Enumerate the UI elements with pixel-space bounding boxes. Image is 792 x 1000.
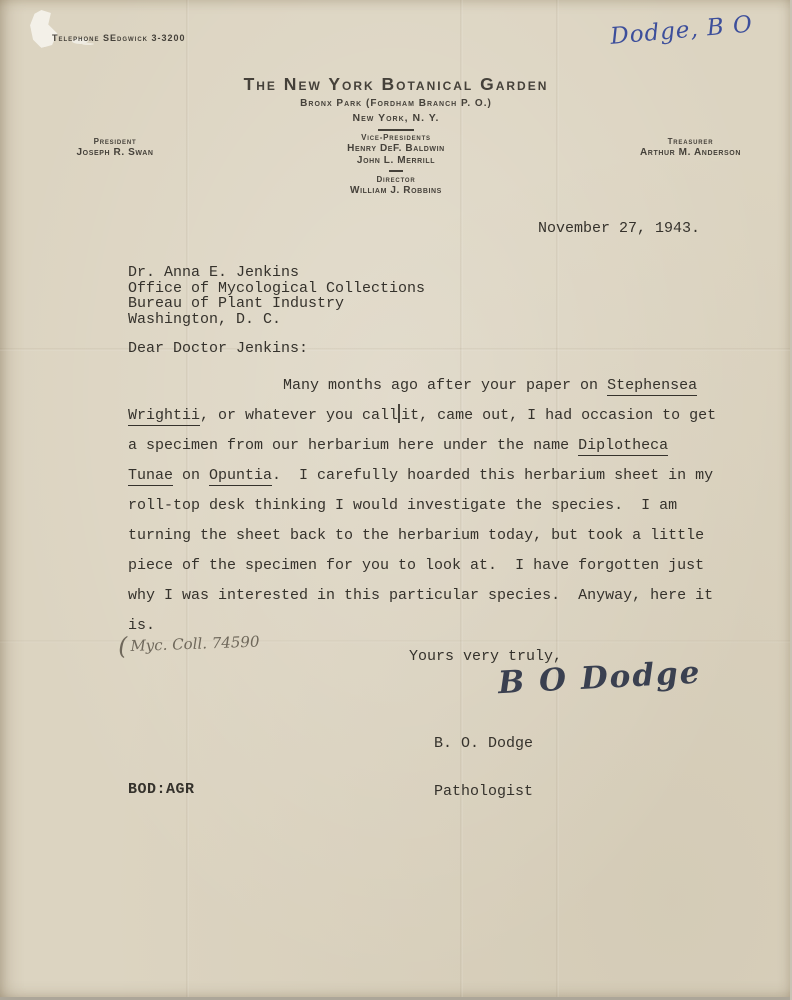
director-name: William J. Robbins bbox=[296, 185, 496, 196]
vice-president-2-name: John L. Merrill bbox=[296, 155, 496, 166]
recipient-line: Dr. Anna E. Jenkins bbox=[128, 265, 425, 281]
pencil-catalog-note: (Myc. Coll. 74590 bbox=[118, 628, 260, 661]
body-line: a specimen from our herbarium here under… bbox=[128, 431, 748, 461]
letterhead-address-line2: New York, N. Y. bbox=[0, 112, 792, 124]
body-line: Many months ago after your paper on Step… bbox=[128, 371, 748, 401]
signer-name: B. O. Dodge bbox=[434, 736, 533, 752]
recipient-line: Washington, D. C. bbox=[128, 312, 425, 328]
body-line: piece of the specimen for you to look at… bbox=[128, 551, 748, 581]
signer-title: Pathologist bbox=[434, 784, 533, 800]
recipient-line: Office of Mycological Collections bbox=[128, 281, 425, 297]
body-line: roll-top desk thinking I would investiga… bbox=[128, 491, 748, 521]
letterhead-mini-rule bbox=[389, 170, 403, 172]
body-line: turning the sheet back to the herbarium … bbox=[128, 521, 748, 551]
pen-insertion-mark bbox=[398, 404, 400, 423]
director-title: Director bbox=[296, 175, 496, 184]
fold-crease-horizontal bbox=[0, 348, 792, 351]
underlined-term: Tunae bbox=[128, 467, 173, 486]
scanned-letter-page: Telephone SEdgwick 3-3200 Dodge, B O The… bbox=[0, 0, 792, 1000]
treasurer-title: Treasurer bbox=[608, 137, 773, 146]
handwritten-filing-note: Dodge, B O bbox=[609, 8, 791, 50]
body-line: Wrightii, or whatever you callit, came o… bbox=[128, 401, 748, 431]
letterhead-telephone: Telephone SEdgwick 3-3200 bbox=[52, 33, 186, 43]
body-line: Tunae on Opuntia. I carefully hoarded th… bbox=[128, 461, 748, 491]
letter-date: November 27, 1943. bbox=[538, 220, 700, 237]
signer-block: B. O. Dodge Pathologist bbox=[434, 704, 533, 832]
underlined-term: Diplotheca bbox=[578, 437, 668, 456]
typist-initials: BOD:AGR bbox=[128, 781, 195, 798]
underlined-term: Stephensea bbox=[607, 377, 697, 396]
president-name: Joseph R. Swan bbox=[35, 147, 195, 158]
organization-name: The New York Botanical Garden bbox=[0, 74, 792, 95]
underlined-term: Wrightii bbox=[128, 407, 200, 426]
officer-president: President Joseph R. Swan bbox=[35, 137, 195, 158]
officer-treasurer: Treasurer Arthur M. Anderson bbox=[608, 137, 773, 158]
vice-president-1-name: Henry DeF. Baldwin bbox=[296, 143, 496, 154]
body-line: why I was interested in this particular … bbox=[128, 581, 748, 611]
letterhead-address-line1: Bronx Park (Fordham Branch P. O.) bbox=[0, 98, 792, 109]
salutation: Dear Doctor Jenkins: bbox=[128, 340, 308, 357]
recipient-address-block: Dr. Anna E. JenkinsOffice of Mycological… bbox=[128, 265, 425, 327]
treasurer-name: Arthur M. Anderson bbox=[608, 147, 773, 158]
letterhead-rule bbox=[378, 129, 414, 131]
pencil-catalog-text: Myc. Coll. 74590 bbox=[130, 633, 260, 655]
recipient-line: Bureau of Plant Industry bbox=[128, 296, 425, 312]
officer-center-block: Vice-Presidents Henry DeF. Baldwin John … bbox=[296, 133, 496, 196]
pencil-paren: ( bbox=[118, 632, 128, 660]
president-title: President bbox=[35, 137, 195, 146]
letter-body: Many months ago after your paper on Step… bbox=[128, 371, 748, 641]
underlined-term: Opuntia bbox=[209, 467, 272, 486]
vice-presidents-title: Vice-Presidents bbox=[296, 133, 496, 142]
